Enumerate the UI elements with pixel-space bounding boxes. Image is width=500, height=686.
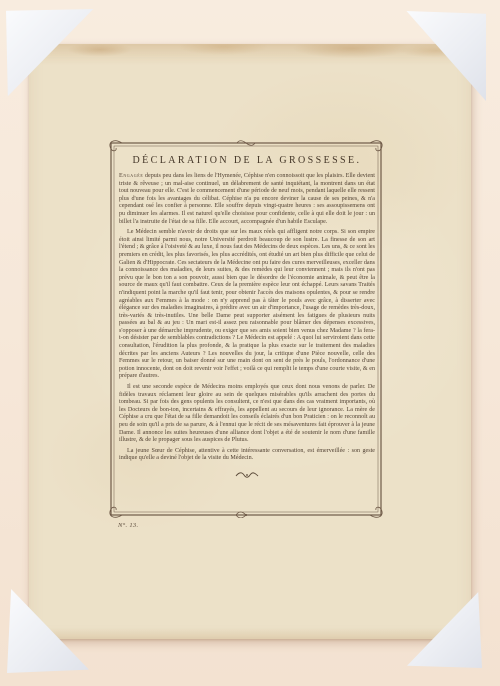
paper-toning-bottom bbox=[29, 625, 471, 639]
photograph-of-document: DÉCLARATION DE LA GROSSESSE. Engagée dep… bbox=[0, 0, 500, 686]
paragraph-1-text: depuis peu dans les liens de l'Hymenée, … bbox=[119, 173, 375, 225]
body-paragraph-4: La jeune Sœur de Céphise, attentive à ce… bbox=[119, 448, 375, 463]
body-paragraph-1: Engagée depuis peu dans les liens de l'H… bbox=[119, 173, 375, 226]
body-text: Engagée depuis peu dans les liens de l'H… bbox=[119, 173, 375, 463]
body-paragraph-3: Il est une seconde espèce de Médecins mo… bbox=[119, 384, 375, 445]
tailpiece-ornament-icon bbox=[119, 466, 375, 484]
document-sheet: DÉCLARATION DE LA GROSSESSE. Engagée dep… bbox=[29, 44, 471, 639]
paper-toning-top bbox=[29, 44, 471, 72]
page-title: DÉCLARATION DE LA GROSSESSE. bbox=[119, 155, 375, 166]
printed-border: DÉCLARATION DE LA GROSSESSE. Engagée dep… bbox=[108, 140, 384, 518]
opening-word: Engagée bbox=[119, 173, 143, 179]
plate-number: N°. 13. bbox=[118, 522, 138, 529]
body-paragraph-2: Le Médecin semble n'avoir de droits que … bbox=[119, 229, 375, 381]
